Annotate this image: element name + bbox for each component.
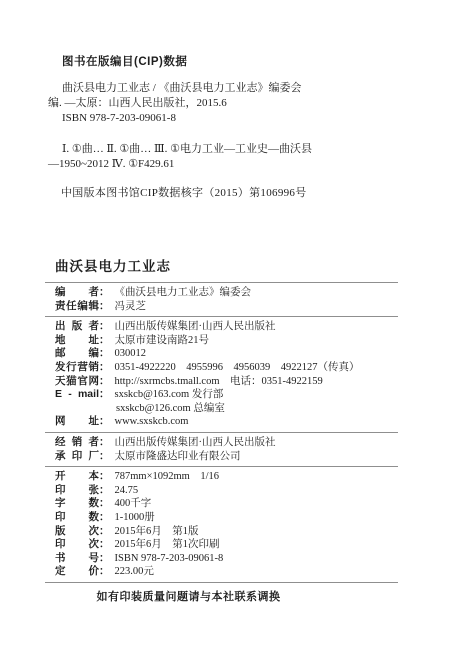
row-colon: ： xyxy=(99,470,110,484)
row-colon: ： xyxy=(99,320,110,334)
row-label: 网址 xyxy=(55,415,99,429)
row-value: 《曲沃县电力工业志》编委会 xyxy=(115,286,252,300)
info-row-tmall-site: 天猫官网：http://sxrmcbs.tmall.com 电话：0351-49… xyxy=(45,375,398,389)
row-label: 书号 xyxy=(55,552,99,566)
info-row-marketing-phones: 发行营销：0351-4922220 4955996 4956039 492212… xyxy=(45,361,398,375)
row-value: 1-1000册 xyxy=(115,511,155,525)
row-colon: ： xyxy=(99,286,110,300)
info-row-editor: 编者：《曲沃县电力工业志》编委会 xyxy=(45,286,398,300)
cip-title-line: 曲沃县电力工业志 / 《曲沃县电力工业志》编委会 xyxy=(62,81,400,96)
info-row-responsible-editor: 责任编辑：冯灵芝 xyxy=(45,300,398,314)
row-value: 0351-4922220 4955996 4956039 4922127（传真） xyxy=(115,361,360,375)
row-colon: ： xyxy=(99,334,110,348)
info-row-address: 地址：太原市建设南路21号 xyxy=(45,334,398,348)
row-colon: ： xyxy=(99,450,110,464)
row-label: 定价 xyxy=(55,565,99,579)
publication-info-block: 曲沃县电力工业志 编者：《曲沃县电力工业志》编委会 责任编辑：冯灵芝 出版者：山… xyxy=(45,257,398,604)
row-value: 030012 xyxy=(115,347,147,361)
row-value: 太原市建设南路21号 xyxy=(115,334,210,348)
divider xyxy=(45,582,398,583)
row-value: sxskcb@126.com 总编室 xyxy=(116,402,225,416)
row-label: 承印厂 xyxy=(55,450,99,464)
cip-block: 图书在版编目(CIP)数据 曲沃县电力工业志 / 《曲沃县电力工业志》编委会 编… xyxy=(48,55,400,201)
divider xyxy=(45,432,398,433)
row-value: 223.00元 xyxy=(115,565,154,579)
row-value: 400千字 xyxy=(115,497,152,511)
info-row-email: E - mail：sxskcb@163.com 发行部 xyxy=(45,388,398,402)
row-value: 2015年6月 第1次印刷 xyxy=(115,538,220,552)
row-label: 印数 xyxy=(55,511,99,525)
row-label: 经销者 xyxy=(55,436,99,450)
row-value: sxskcb@163.com 发行部 xyxy=(115,388,224,402)
info-row-website: 网址：www.sxskcb.com xyxy=(45,415,398,429)
info-row-distributor: 经销者：山西出版传媒集团·山西人民出版社 xyxy=(45,436,398,450)
row-colon: ： xyxy=(99,565,110,579)
divider xyxy=(45,316,398,317)
divider xyxy=(45,466,398,467)
cip-isbn-line: ISBN 978-7-203-09061-8 xyxy=(62,111,400,126)
row-label: 邮编 xyxy=(55,347,99,361)
row-colon: ： xyxy=(99,484,110,498)
row-colon: ： xyxy=(99,361,110,375)
row-label: 字数 xyxy=(55,497,99,511)
row-label: 印张 xyxy=(55,484,99,498)
divider xyxy=(45,282,398,283)
row-label: E - mail xyxy=(55,388,99,402)
row-value: ISBN 978-7-203-09061-8 xyxy=(115,552,224,566)
row-value: 太原市隆盛达印业有限公司 xyxy=(115,450,241,464)
info-row-email-cont: sxskcb@126.com 总编室 xyxy=(45,402,398,416)
row-label: 版次 xyxy=(55,525,99,539)
row-label: 印次 xyxy=(55,538,99,552)
row-colon: ： xyxy=(99,497,110,511)
row-colon: ： xyxy=(99,300,110,314)
row-label: 发行营销 xyxy=(55,361,99,375)
row-colon: ： xyxy=(99,525,110,539)
quality-notice: 如有印装质量问题请与本社联系调换 xyxy=(45,588,398,604)
cip-header: 图书在版编目(CIP)数据 xyxy=(62,55,400,70)
info-row-format: 开本：787mm×1092mm 1/16 xyxy=(45,470,398,484)
row-colon: ： xyxy=(99,511,110,525)
row-colon: ： xyxy=(99,436,110,450)
cip-classification: Ⅰ. ①曲… Ⅱ. ①曲… Ⅲ. ①电力工业—工业史—曲沃县 —1950~201… xyxy=(48,142,400,172)
info-row-isbn: 书号：ISBN 978-7-203-09061-8 xyxy=(45,552,398,566)
row-colon: ： xyxy=(99,375,110,389)
row-label: 编者 xyxy=(55,286,99,300)
info-row-edition: 版次：2015年6月 第1版 xyxy=(45,525,398,539)
row-value: 山西出版传媒集团·山西人民出版社 xyxy=(115,320,276,334)
cip-paragraph: 曲沃县电力工业志 / 《曲沃县电力工业志》编委会 编. —太原：山西人民出版社，… xyxy=(48,81,400,126)
cip-class-line2: —1950~2012 Ⅳ. ①F429.61 xyxy=(48,157,400,172)
info-row-printer: 承印厂：太原市隆盛达印业有限公司 xyxy=(45,450,398,464)
cip-record-number: 中国版本图书馆CIP数据核字（2015）第106996号 xyxy=(61,186,400,201)
cip-publisher-line: 编. —太原：山西人民出版社，2015.6 xyxy=(48,96,400,111)
row-value: 2015年6月 第1版 xyxy=(115,525,199,539)
row-label: 地址 xyxy=(55,334,99,348)
row-value: http://sxrmcbs.tmall.com 电话：0351-4922159 xyxy=(115,375,323,389)
row-colon: ： xyxy=(99,347,110,361)
row-colon: ： xyxy=(99,538,110,552)
info-row-print-run: 印数：1-1000册 xyxy=(45,511,398,525)
book-title: 曲沃县电力工业志 xyxy=(45,257,398,277)
row-label: 开本 xyxy=(55,470,99,484)
info-row-sheets: 印张：24.75 xyxy=(45,484,398,498)
info-row-postcode: 邮编：030012 xyxy=(45,347,398,361)
info-row-impression: 印次：2015年6月 第1次印刷 xyxy=(45,538,398,552)
row-value: 山西出版传媒集团·山西人民出版社 xyxy=(115,436,276,450)
row-colon: ： xyxy=(99,415,110,429)
row-label: 天猫官网 xyxy=(55,375,99,389)
row-value: 24.75 xyxy=(115,484,139,498)
info-row-publisher: 出版者：山西出版传媒集团·山西人民出版社 xyxy=(45,320,398,334)
cip-class-line1: Ⅰ. ①曲… Ⅱ. ①曲… Ⅲ. ①电力工业—工业史—曲沃县 xyxy=(62,142,400,157)
row-value: www.sxskcb.com xyxy=(115,415,189,429)
info-row-price: 定价：223.00元 xyxy=(45,565,398,579)
colophon-page: 图书在版编目(CIP)数据 曲沃县电力工业志 / 《曲沃县电力工业志》编委会 编… xyxy=(0,0,450,657)
row-value: 787mm×1092mm 1/16 xyxy=(115,470,220,484)
row-colon: ： xyxy=(99,552,110,566)
row-colon: ： xyxy=(99,388,110,402)
info-row-word-count: 字数：400千字 xyxy=(45,497,398,511)
row-value: 冯灵芝 xyxy=(115,300,147,314)
row-label: 责任编辑 xyxy=(55,300,99,314)
row-label: 出版者 xyxy=(55,320,99,334)
